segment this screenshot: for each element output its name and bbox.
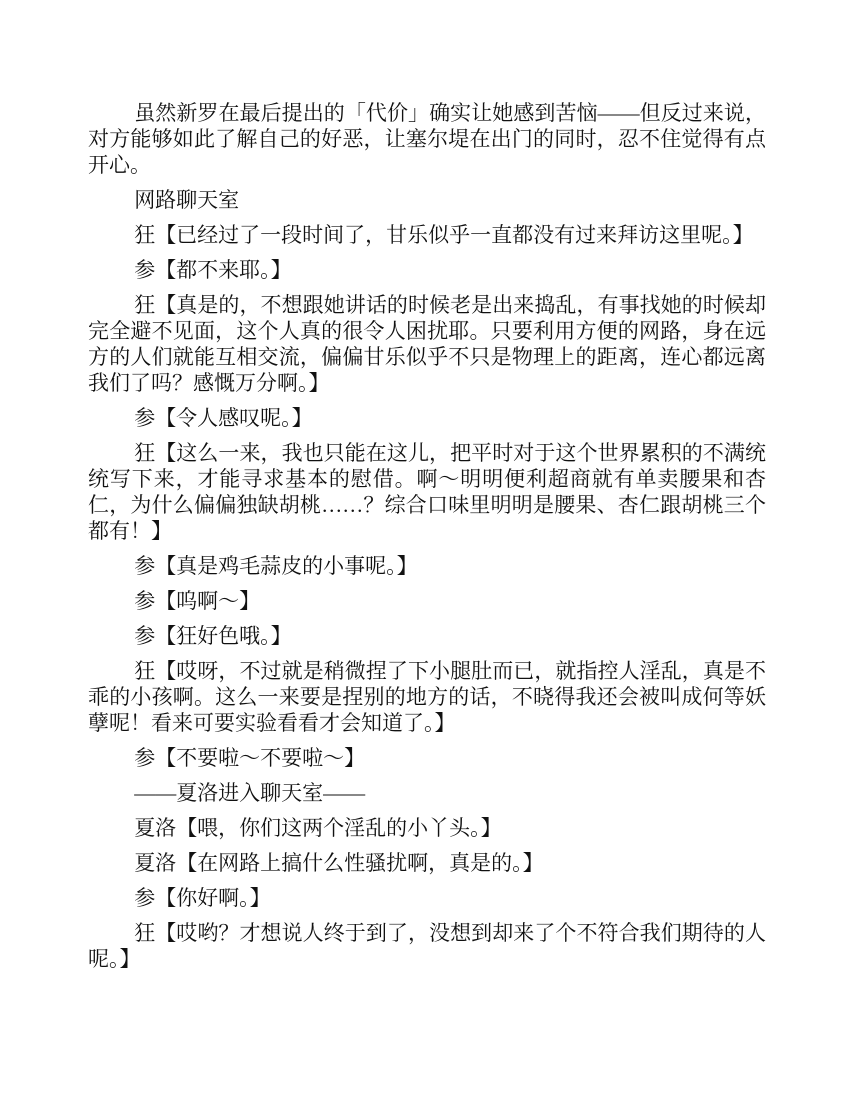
chat-message: 【已经过了一段时间了，甘乐似乎一直都没有过来拜访这里呢。】 — [155, 223, 754, 247]
text-block: 虽然新罗在最后提出的「代价」确实让她感到苦恼——但反过来说，对方能够如此了解自己… — [88, 100, 766, 972]
speaker-name: 参 — [134, 589, 155, 613]
speaker-name: 狂 — [134, 223, 155, 247]
document-page: 虽然新罗在最后提出的「代价」确实让她感到苦恼——但反过来说，对方能够如此了解自己… — [0, 0, 850, 1100]
speaker-name: 夏洛 — [134, 816, 176, 840]
paragraph-text: 虽然新罗在最后提出的「代价」确实让她感到苦恼——但反过来说，对方能够如此了解自己… — [88, 101, 766, 177]
chat-message: 【在网路上搞什么性骚扰啊，真是的。】 — [176, 851, 544, 875]
chat-line: 狂【已经过了一段时间了，甘乐似乎一直都没有过来拜访这里呢。】 — [88, 222, 766, 248]
chat-message: 【狂好色哦。】 — [155, 624, 292, 648]
chat-message: 【令人感叹呢。】 — [155, 406, 313, 430]
speaker-name: 狂 — [134, 921, 155, 945]
speaker-name: 参 — [134, 624, 155, 648]
chat-line: 夏洛【喂，你们这两个淫乱的小丫头。】 — [88, 815, 766, 841]
chat-message: 【你好啊。】 — [155, 886, 271, 910]
speaker-name: 狂 — [134, 293, 155, 317]
speaker-name: 参 — [134, 258, 155, 282]
speaker-name: 参 — [134, 554, 155, 578]
chat-line: 狂【这么一来，我也只能在这儿，把平时对于这个世界累积的不满统统写下来，才能寻求基… — [88, 440, 766, 544]
chat-line: 狂【哎呀，不过就是稍微捏了下小腿肚而已，就指控人淫乱，真是不乖的小孩啊。这么一来… — [88, 658, 766, 736]
speaker-name: 夏洛 — [134, 851, 176, 875]
chat-line: 参【你好啊。】 — [88, 885, 766, 911]
chat-message: 【喂，你们这两个淫乱的小丫头。】 — [176, 816, 502, 840]
chat-line: 参【狂好色哦。】 — [88, 623, 766, 649]
chat-message: 【不要啦～不要啦～】 — [155, 746, 365, 770]
chat-line: 参【真是鸡毛蒜皮的小事呢。】 — [88, 553, 766, 579]
chat-line: 参【令人感叹呢。】 — [88, 405, 766, 431]
speaker-name: 参 — [134, 406, 155, 430]
chat-message: 【真是的，不想跟她讲话的时候老是出来捣乱，有事找她的时候却完全避不见面，这个人真… — [88, 293, 766, 395]
paragraph-text: ——夏洛进入聊天室—— — [134, 781, 365, 805]
speaker-name: 参 — [134, 746, 155, 770]
speaker-name: 狂 — [134, 659, 155, 683]
chat-message: 【真是鸡毛蒜皮的小事呢。】 — [155, 554, 418, 578]
chat-line: 狂【真是的，不想跟她讲话的时候老是出来捣乱，有事找她的时候却完全避不见面，这个人… — [88, 292, 766, 396]
system-message: ——夏洛进入聊天室—— — [88, 780, 766, 806]
section-heading: 网路聊天室 — [88, 187, 766, 213]
chat-message: 【呜啊～】 — [155, 589, 260, 613]
chat-message: 【这么一来，我也只能在这儿，把平时对于这个世界累积的不满统统写下来，才能寻求基本… — [88, 441, 766, 543]
narration-paragraph: 虽然新罗在最后提出的「代价」确实让她感到苦恼——但反过来说，对方能够如此了解自己… — [88, 100, 766, 178]
chat-message: 【哎呀，不过就是稍微捏了下小腿肚而已，就指控人淫乱，真是不乖的小孩啊。这么一来要… — [88, 659, 766, 735]
speaker-name: 参 — [134, 886, 155, 910]
chat-line: 夏洛【在网路上搞什么性骚扰啊，真是的。】 — [88, 850, 766, 876]
speaker-name: 狂 — [134, 441, 155, 465]
chat-line: 参【呜啊～】 — [88, 588, 766, 614]
chat-line: 参【不要啦～不要啦～】 — [88, 745, 766, 771]
paragraph-text: 网路聊天室 — [134, 188, 239, 212]
chat-message: 【都不来耶。】 — [155, 258, 292, 282]
chat-line: 狂【哎哟？才想说人终于到了，没想到却来了个不符合我们期待的人呢。】 — [88, 920, 766, 972]
chat-message: 【哎哟？才想说人终于到了，没想到却来了个不符合我们期待的人呢。】 — [88, 921, 766, 971]
chat-line: 参【都不来耶。】 — [88, 257, 766, 283]
